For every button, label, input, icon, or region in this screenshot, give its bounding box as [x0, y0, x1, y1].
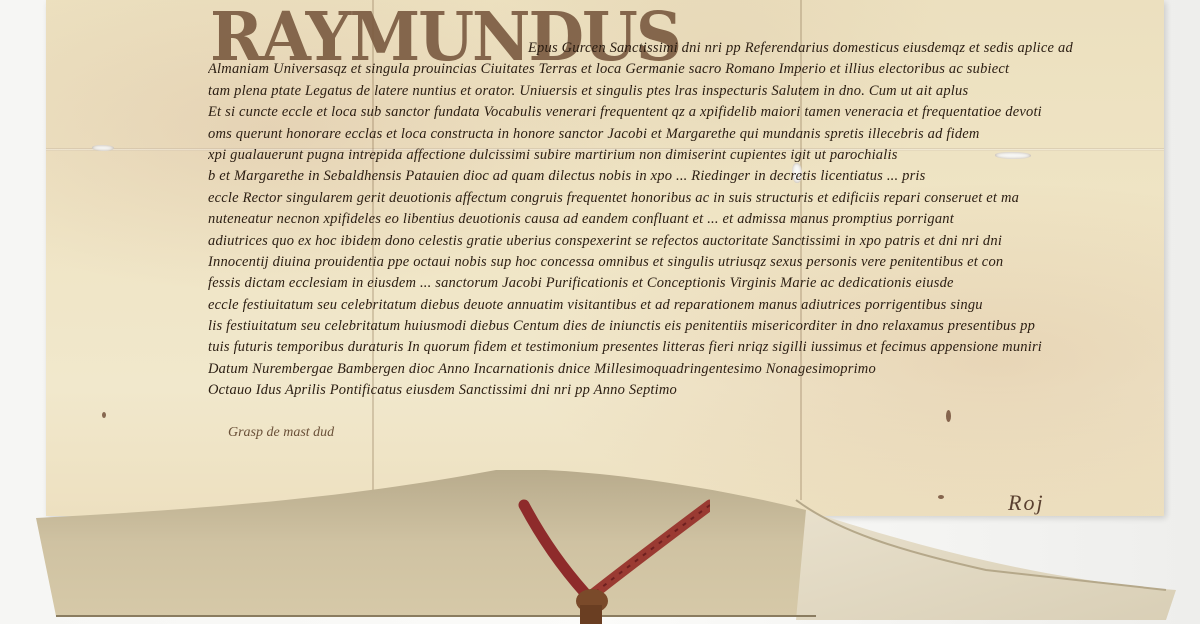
charter-text: Epus Gurcen Sanctissimi dni nri pp Refer…: [208, 46, 1118, 402]
text-line: Octauo Idus Aprilis Pontificatus eiusdem…: [208, 380, 1118, 401]
text-line: nuteneatur necnon xpifideles eo libentiu…: [208, 209, 1118, 230]
text-line: eccle Rector singularem gerit deuotionis…: [208, 188, 1118, 209]
text-line: Et si cuncte eccle et loca sub sanctor f…: [208, 102, 1118, 123]
marginal-note: Grasp de mast dud: [228, 425, 334, 441]
text-line: Datum Nurembergae Bambergen dioc Anno In…: [208, 359, 1118, 380]
text-line: Almaniam Universasqz et singula prouinci…: [208, 59, 1118, 80]
seal-cord: [510, 495, 710, 624]
text-line: eccle festiuitatum seu celebritatum dieb…: [208, 295, 1118, 316]
text-line: lis festiuitatum seu celebritatum huiusm…: [208, 316, 1118, 337]
ink-stain: [946, 410, 951, 422]
text-line: adiutrices quo ex hoc ibidem dono celest…: [208, 231, 1118, 252]
text-line: tuis futuris temporibus duraturis In quo…: [208, 337, 1118, 358]
text-line: b et Margarethe in Sebaldhensis Patauien…: [208, 166, 1118, 187]
text-line: tam plena ptate Legatus de latere nuntiu…: [208, 81, 1118, 102]
text-line: fessis dictam ecclesiam in eiusdem ... s…: [208, 273, 1118, 294]
text-line: Epus Gurcen Sanctissimi dni nri pp Refer…: [208, 38, 1118, 59]
parchment-hole: [92, 145, 114, 151]
text-line: xpi gualauerunt pugna intrepida affectio…: [208, 145, 1118, 166]
ink-stain: [102, 412, 106, 418]
text-line: Innocentij diuina prouidentia ppe octaui…: [208, 252, 1118, 273]
notary-signature: Roj: [1008, 490, 1045, 516]
text-line: oms querunt honorare ecclas et loca cons…: [208, 124, 1118, 145]
